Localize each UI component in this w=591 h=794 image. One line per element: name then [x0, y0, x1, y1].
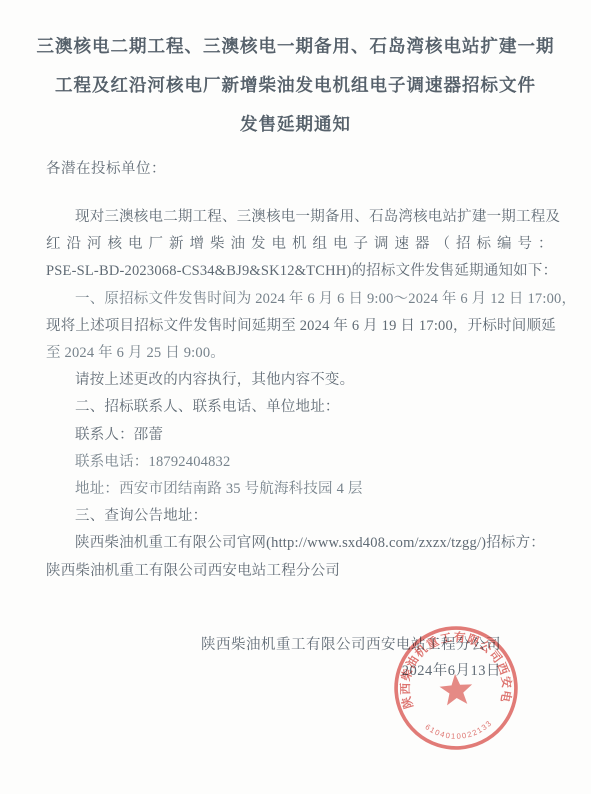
title-line-3: 发售延期通知 [0, 105, 591, 144]
notice-body: 现对三澳核电二期工程、三澳核电一期备用、石岛湾核电站扩建一期工程及 红沿河核电厂… [46, 204, 543, 585]
body-line: 二、招标联系人、联系电话、单位地址： [46, 394, 543, 421]
body-line: 一、原招标文件发售时间为 2024 年 6 月 6 日 9:00～2024 年 … [46, 286, 543, 313]
salutation: 各潜在投标单位： [46, 157, 543, 178]
body-line: 陕西柴油机重工有限公司西安电站工程分公司 [46, 558, 543, 585]
document-title: 三澳核电二期工程、三澳核电一期备用、石岛湾核电站扩建一期 工程及红沿河核电厂新增… [0, 0, 591, 144]
body-line: 现将上述项目招标文件发售时间延期至 2024 年 6 月 19 日 17:00，… [46, 313, 543, 340]
title-line-2: 工程及红沿河核电厂新增柴油发电机组电子调速器招标文件 [0, 66, 591, 105]
body-line: 至 2024 年 6 月 25 日 9:00。 [46, 340, 543, 367]
body-line: 现对三澳核电二期工程、三澳核电一期备用、石岛湾核电站扩建一期工程及 [46, 204, 543, 231]
address-line: 地址：西安市团结南路 35 号航海科技园 4 层 [46, 476, 543, 503]
body-line: 三、查询公告地址： [46, 503, 543, 530]
contact-phone-line: 联系电话：18792404832 [46, 449, 543, 476]
official-seal-stamp: 陕西柴油机重工有限公司西安电站工程分公司 6104010022133 [386, 618, 527, 759]
body-line: 请按上述更改的内容执行，其他内容不变。 [46, 367, 543, 394]
body-line: PSE-SL-BD-2023068-CS34&BJ9&SK12&TCHH)的招标… [46, 258, 543, 285]
website-line: 陕西柴油机重工有限公司官网(http://www.sxd408.com/zxzx… [46, 530, 543, 557]
scanned-notice-page: 三澳核电二期工程、三澳核电一期备用、石岛湾核电站扩建一期 工程及红沿河核电厂新增… [0, 0, 591, 794]
body-line: 联系人：邵蕾 [46, 422, 543, 449]
title-line-1: 三澳核电二期工程、三澳核电一期备用、石岛湾核电站扩建一期 [0, 27, 591, 66]
seal-star-icon [439, 673, 474, 706]
body-line: 红沿河核电厂新增柴油发电机组电子调速器（招标编号： [46, 231, 543, 258]
